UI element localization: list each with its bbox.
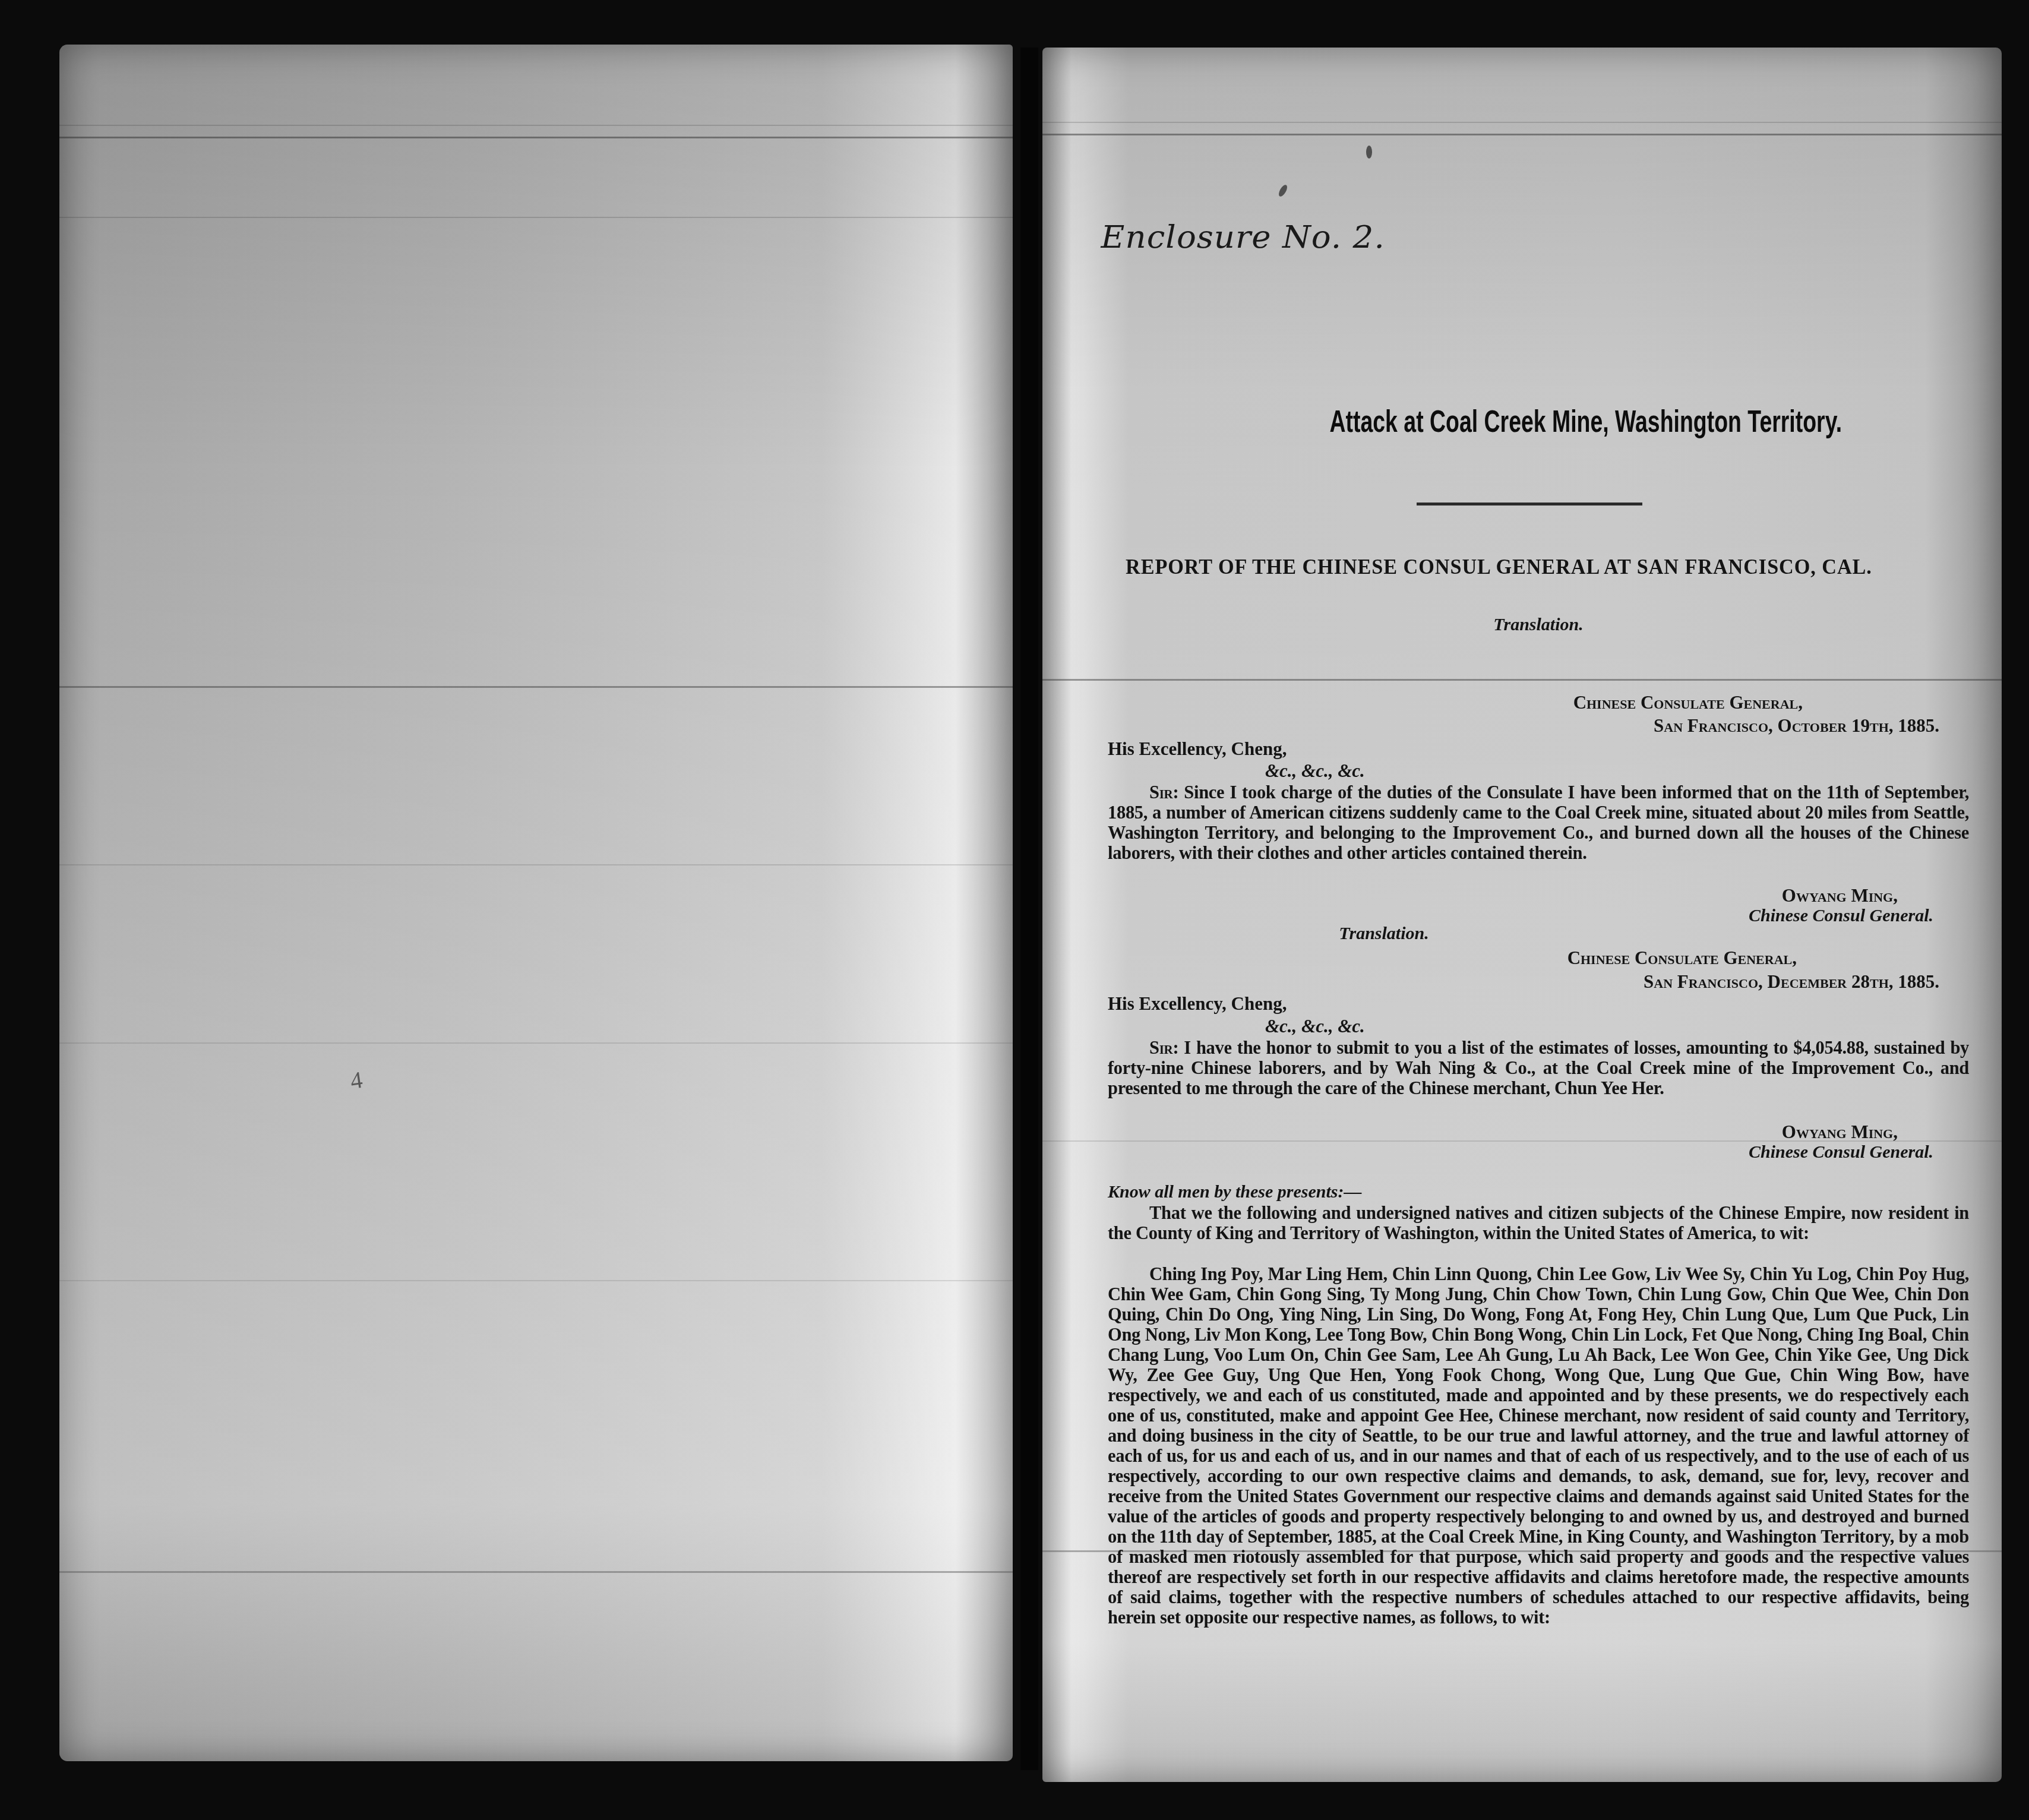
translation-label: Translation. [1108,615,1969,635]
power-of-attorney-text: have respectively, we and each of us con… [1108,1365,1969,1628]
letter2-addressee: His Excellency, Cheng, [1108,993,1287,1015]
letter2-place-date: San Francisco, December 28th, 1885. [1644,971,1939,993]
letter1-addressee: His Excellency, Cheng, [1108,738,1287,760]
ink-blot [1366,146,1372,159]
headline-divider [1417,503,1642,505]
ruled-line [59,125,1013,126]
stray-ink-mark: 4 [349,1066,364,1095]
letter2-body: Sir: I have the honor to submit to you a… [1108,1038,1969,1098]
letter2-signature: Owyang Ming, [1782,1121,1898,1143]
ruled-line [1042,679,2002,681]
letter2-text: I have the honor to submit to you a list… [1108,1038,1969,1098]
headline: Attack at Coal Creek Mine, Washington Te… [1231,404,1864,440]
letter2-signature-title: Chinese Consul General. [1749,1142,1933,1162]
ruled-line [59,137,1013,138]
letter1-text: Since I took charge of the duties of the… [1108,782,1969,863]
claimant-names: Ching Ing Poy, Mar Ling Hem, Chin Linn Q… [1108,1264,1969,1385]
ruled-line [1042,134,2002,135]
ruled-line [1042,122,2002,123]
letter1-from: Chinese Consulate General, [1573,692,1803,713]
translation-label: Translation. [1108,924,1969,944]
power-of-attorney-body: Ching Ing Poy, Mar Ling Hem, Chin Linn Q… [1108,1264,1969,1628]
ink-blot [1277,184,1289,198]
letter1-signature-title: Chinese Consul General. [1749,906,1933,926]
ruled-line [59,686,1013,688]
letter1-etc: &c., &c., &c. [1265,760,1365,782]
letter2-from: Chinese Consulate General, [1567,947,1797,969]
left-page: 4 [59,45,1013,1761]
report-title: REPORT OF THE CHINESE CONSUL GENERAL AT … [1126,554,1938,579]
letter1-signature: Owyang Ming, [1782,885,1898,906]
letter1-place-date: San Francisco, October 19th, 1885. [1654,715,1939,737]
book-gutter [1020,48,1038,1770]
power-of-attorney-opening: Know all men by these presents:— [1108,1182,1362,1202]
power-of-attorney-intro: That we the following and undersigned na… [1108,1203,1969,1243]
ruled-line [59,1280,1013,1281]
ruled-line [59,1042,1013,1044]
salutation: Sir: [1149,782,1178,802]
letter1-body: Sir: Since I took charge of the duties o… [1108,782,1969,863]
right-page: Enclosure No. 2. Attack at Coal Creek Mi… [1042,48,2002,1782]
ruled-line [59,217,1013,218]
enclosure-label: Enclosure No. 2. [1101,220,1385,255]
letter2-etc: &c., &c., &c. [1265,1016,1365,1037]
salutation: Sir: [1149,1038,1178,1058]
ruled-line [59,864,1013,865]
ruled-line [59,1571,1013,1573]
